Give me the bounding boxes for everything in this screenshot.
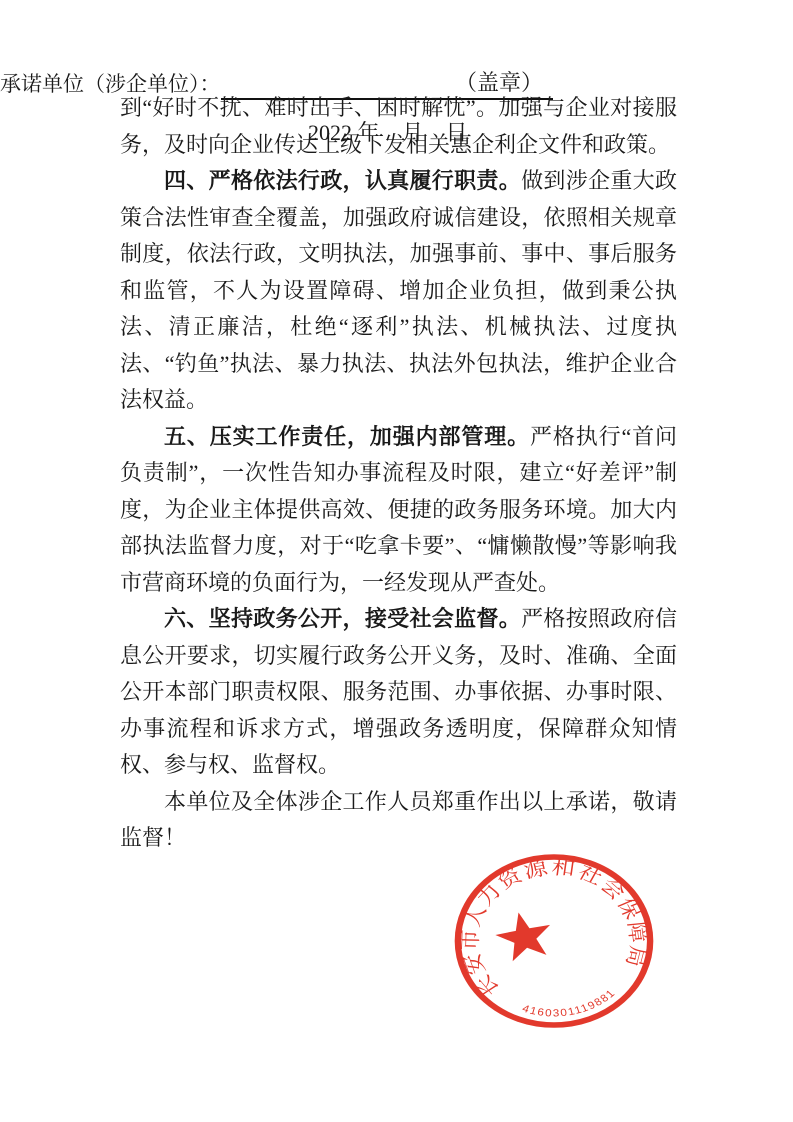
paragraph-heading: 五、压实工作责任，加强内部管理。 — [164, 424, 530, 449]
paragraph: 六、坚持政务公开，接受社会监督。严格按照政府信息公开要求，切实履行政务公开义务，… — [120, 601, 677, 784]
seal-star-icon — [491, 907, 557, 963]
paragraph: 到“好时不扰、难时出手、困时解忧”。加强与企业对接服务，及时向企业传达上级下发相… — [120, 90, 677, 163]
seal-code-text: 4160301119881 — [518, 986, 621, 1027]
paragraph: 五、压实工作责任，加强内部管理。严格执行“首问负责制”，一次性告知办事流程及时限… — [120, 419, 677, 602]
paragraph-heading: 四、严格依法行政，认真履行职责。 — [164, 168, 521, 193]
paragraph: 本单位及全体涉企工作人员郑重作出以上承诺，敬请监督！ — [120, 784, 677, 857]
seal-ring — [458, 857, 650, 1025]
document-body: 到“好时不扰、难时出手、困时解忧”。加强与企业对接服务，及时向企业传达上级下发相… — [120, 90, 677, 857]
seal-organization-text: 长安市人力资源和社会保障局 — [451, 851, 657, 1004]
document-page: 到“好时不扰、难时出手、困时解忧”。加强与企业对接服务，及时向企业传达上级下发相… — [0, 0, 793, 1122]
paragraph-heading: 六、坚持政务公开，接受社会监督。 — [164, 606, 521, 631]
paragraph: 四、严格依法行政，认真履行职责。做到涉企重大政策合法性审查全覆盖，加强政府诚信建… — [120, 163, 677, 419]
official-seal: 长安市人力资源和社会保障局 4160301119881 — [451, 851, 657, 1031]
